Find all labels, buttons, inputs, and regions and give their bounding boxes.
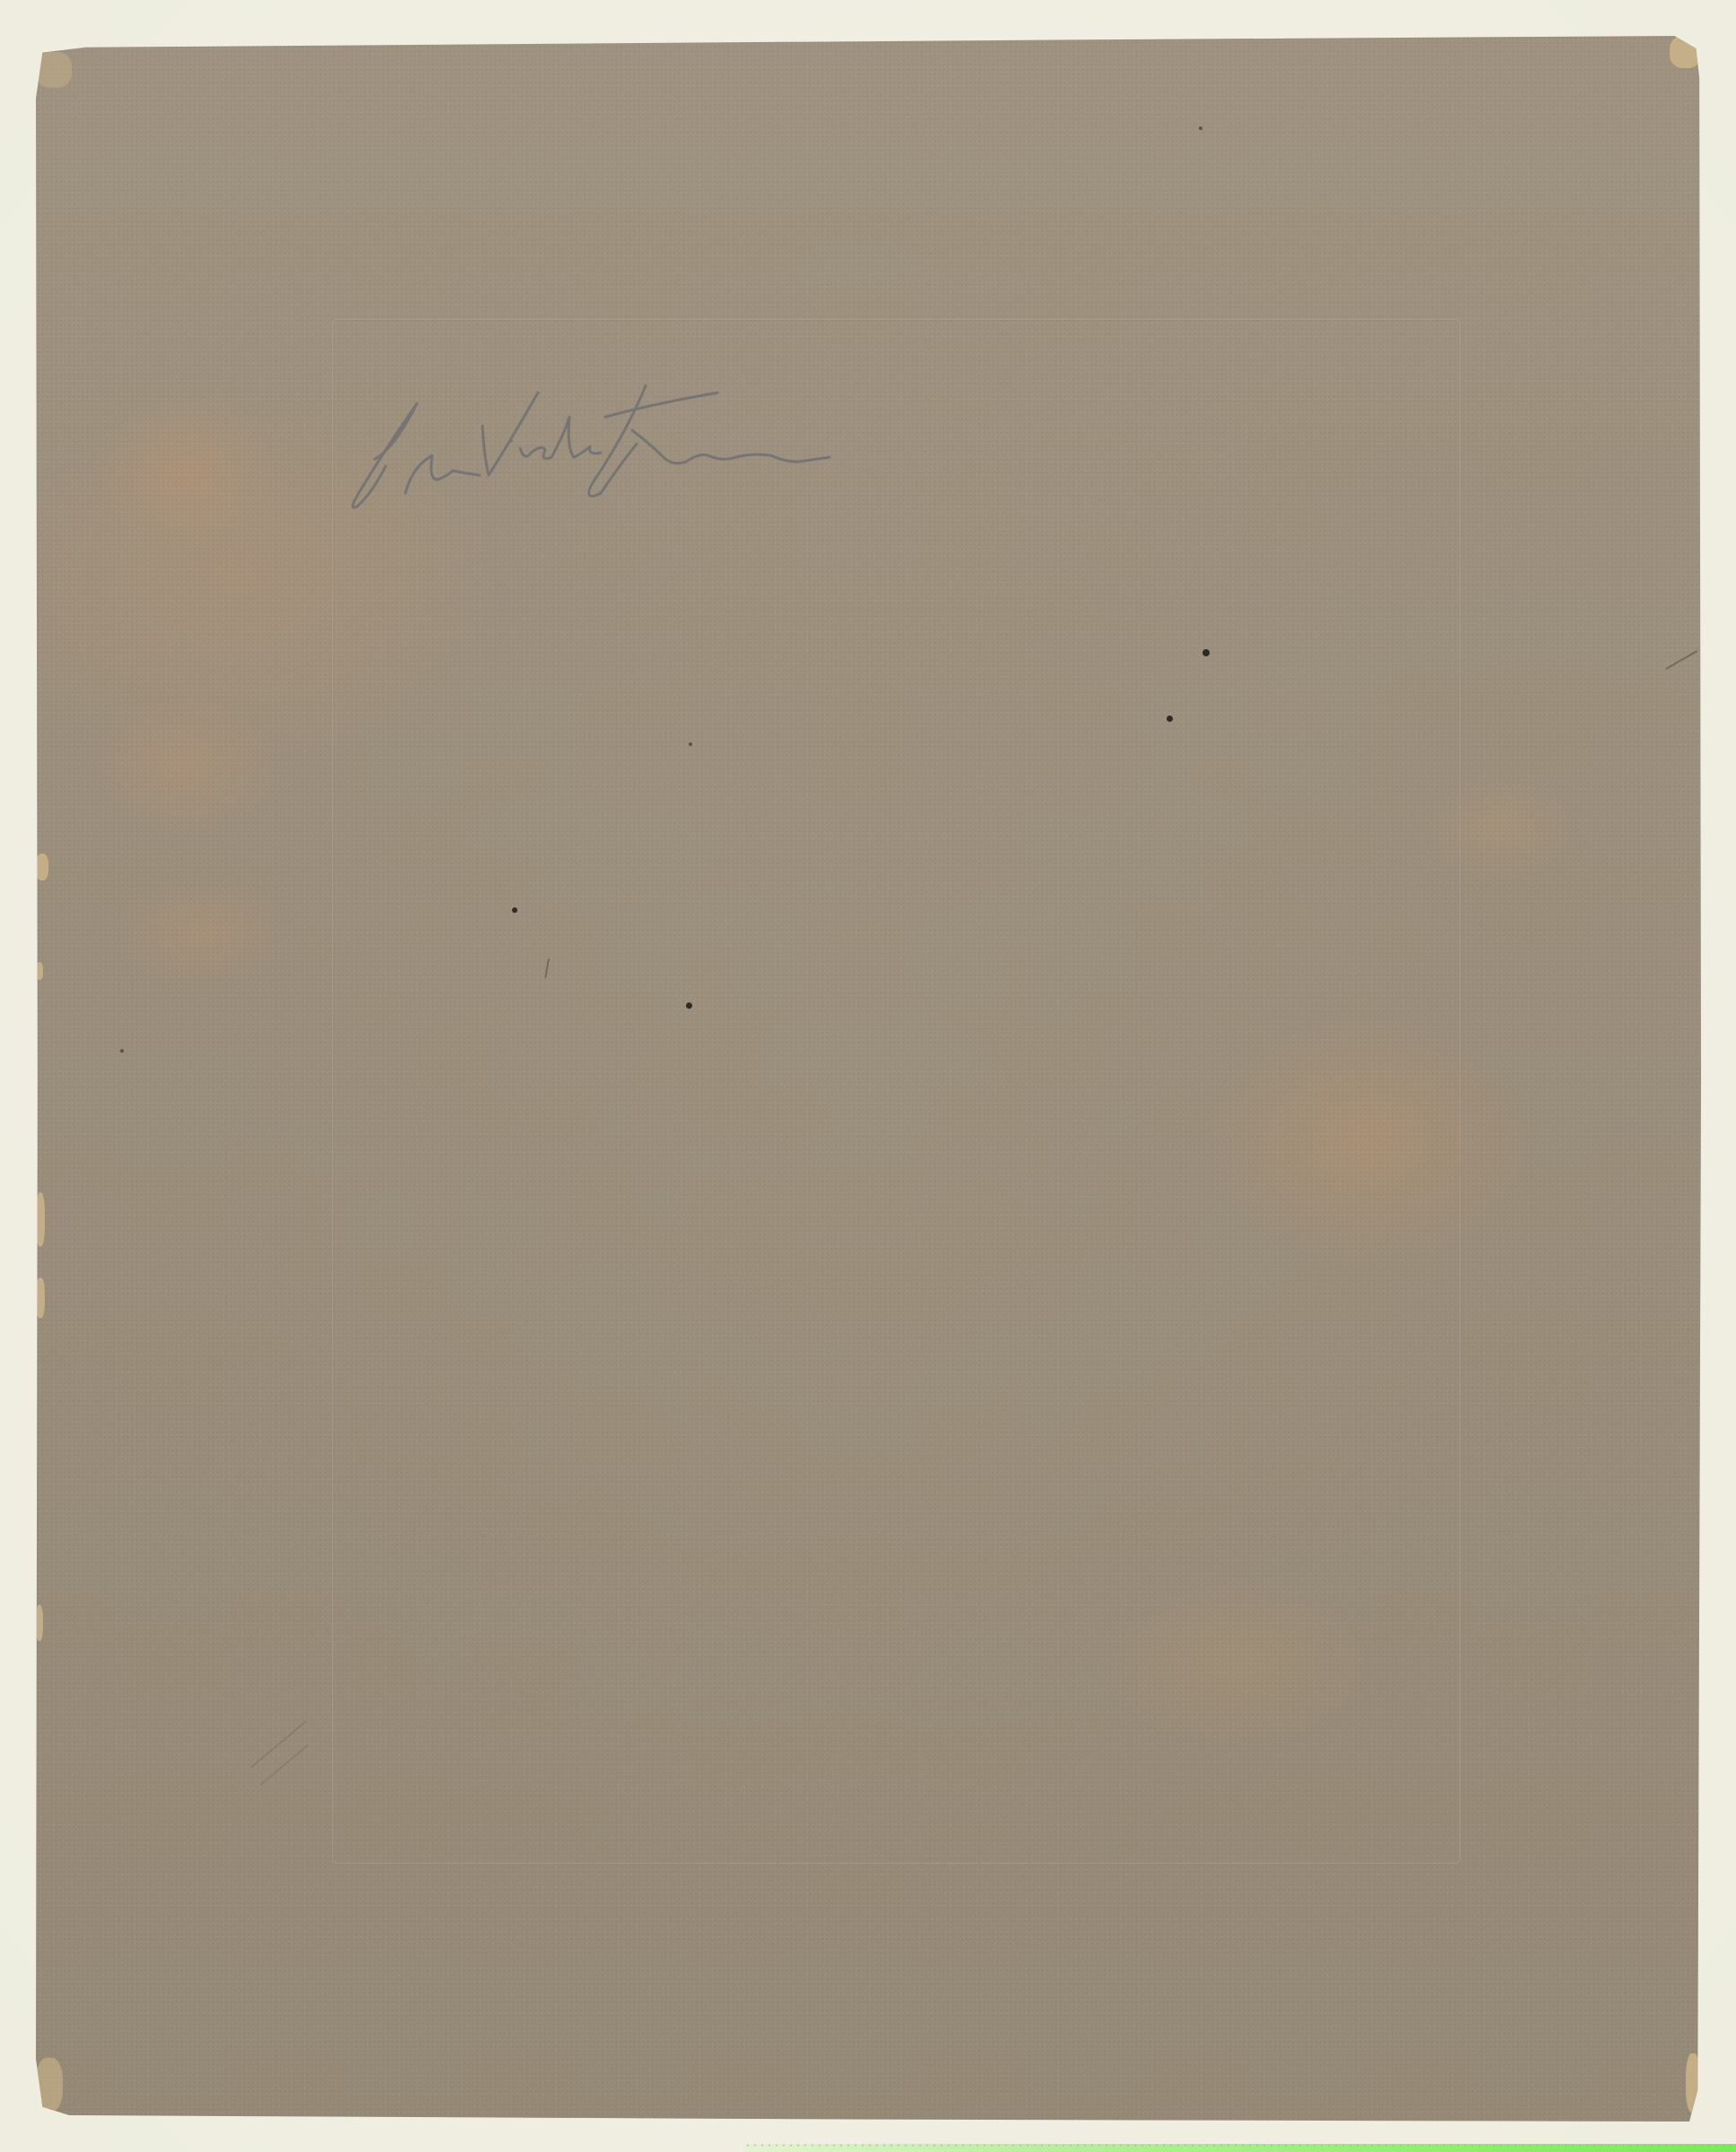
ink-speck: [689, 742, 692, 746]
ink-speck: [1202, 649, 1210, 656]
ink-speck: [512, 907, 517, 913]
ink-speck: [1199, 126, 1202, 130]
ink-speck: [1167, 716, 1173, 722]
edge-nick: [36, 1605, 43, 1641]
mount-card: Jan Vicente Ferreira: [36, 36, 1701, 2122]
calibration-dots: [744, 2144, 1736, 2147]
edge-nick: [36, 854, 48, 881]
pencil-signature: Jan Vicente Ferreira: [332, 377, 1255, 511]
ink-speck: [686, 1002, 692, 1009]
edge-nick: [36, 1278, 45, 1318]
plate-mark: [332, 318, 1461, 1864]
ink-speck: [120, 1049, 124, 1053]
